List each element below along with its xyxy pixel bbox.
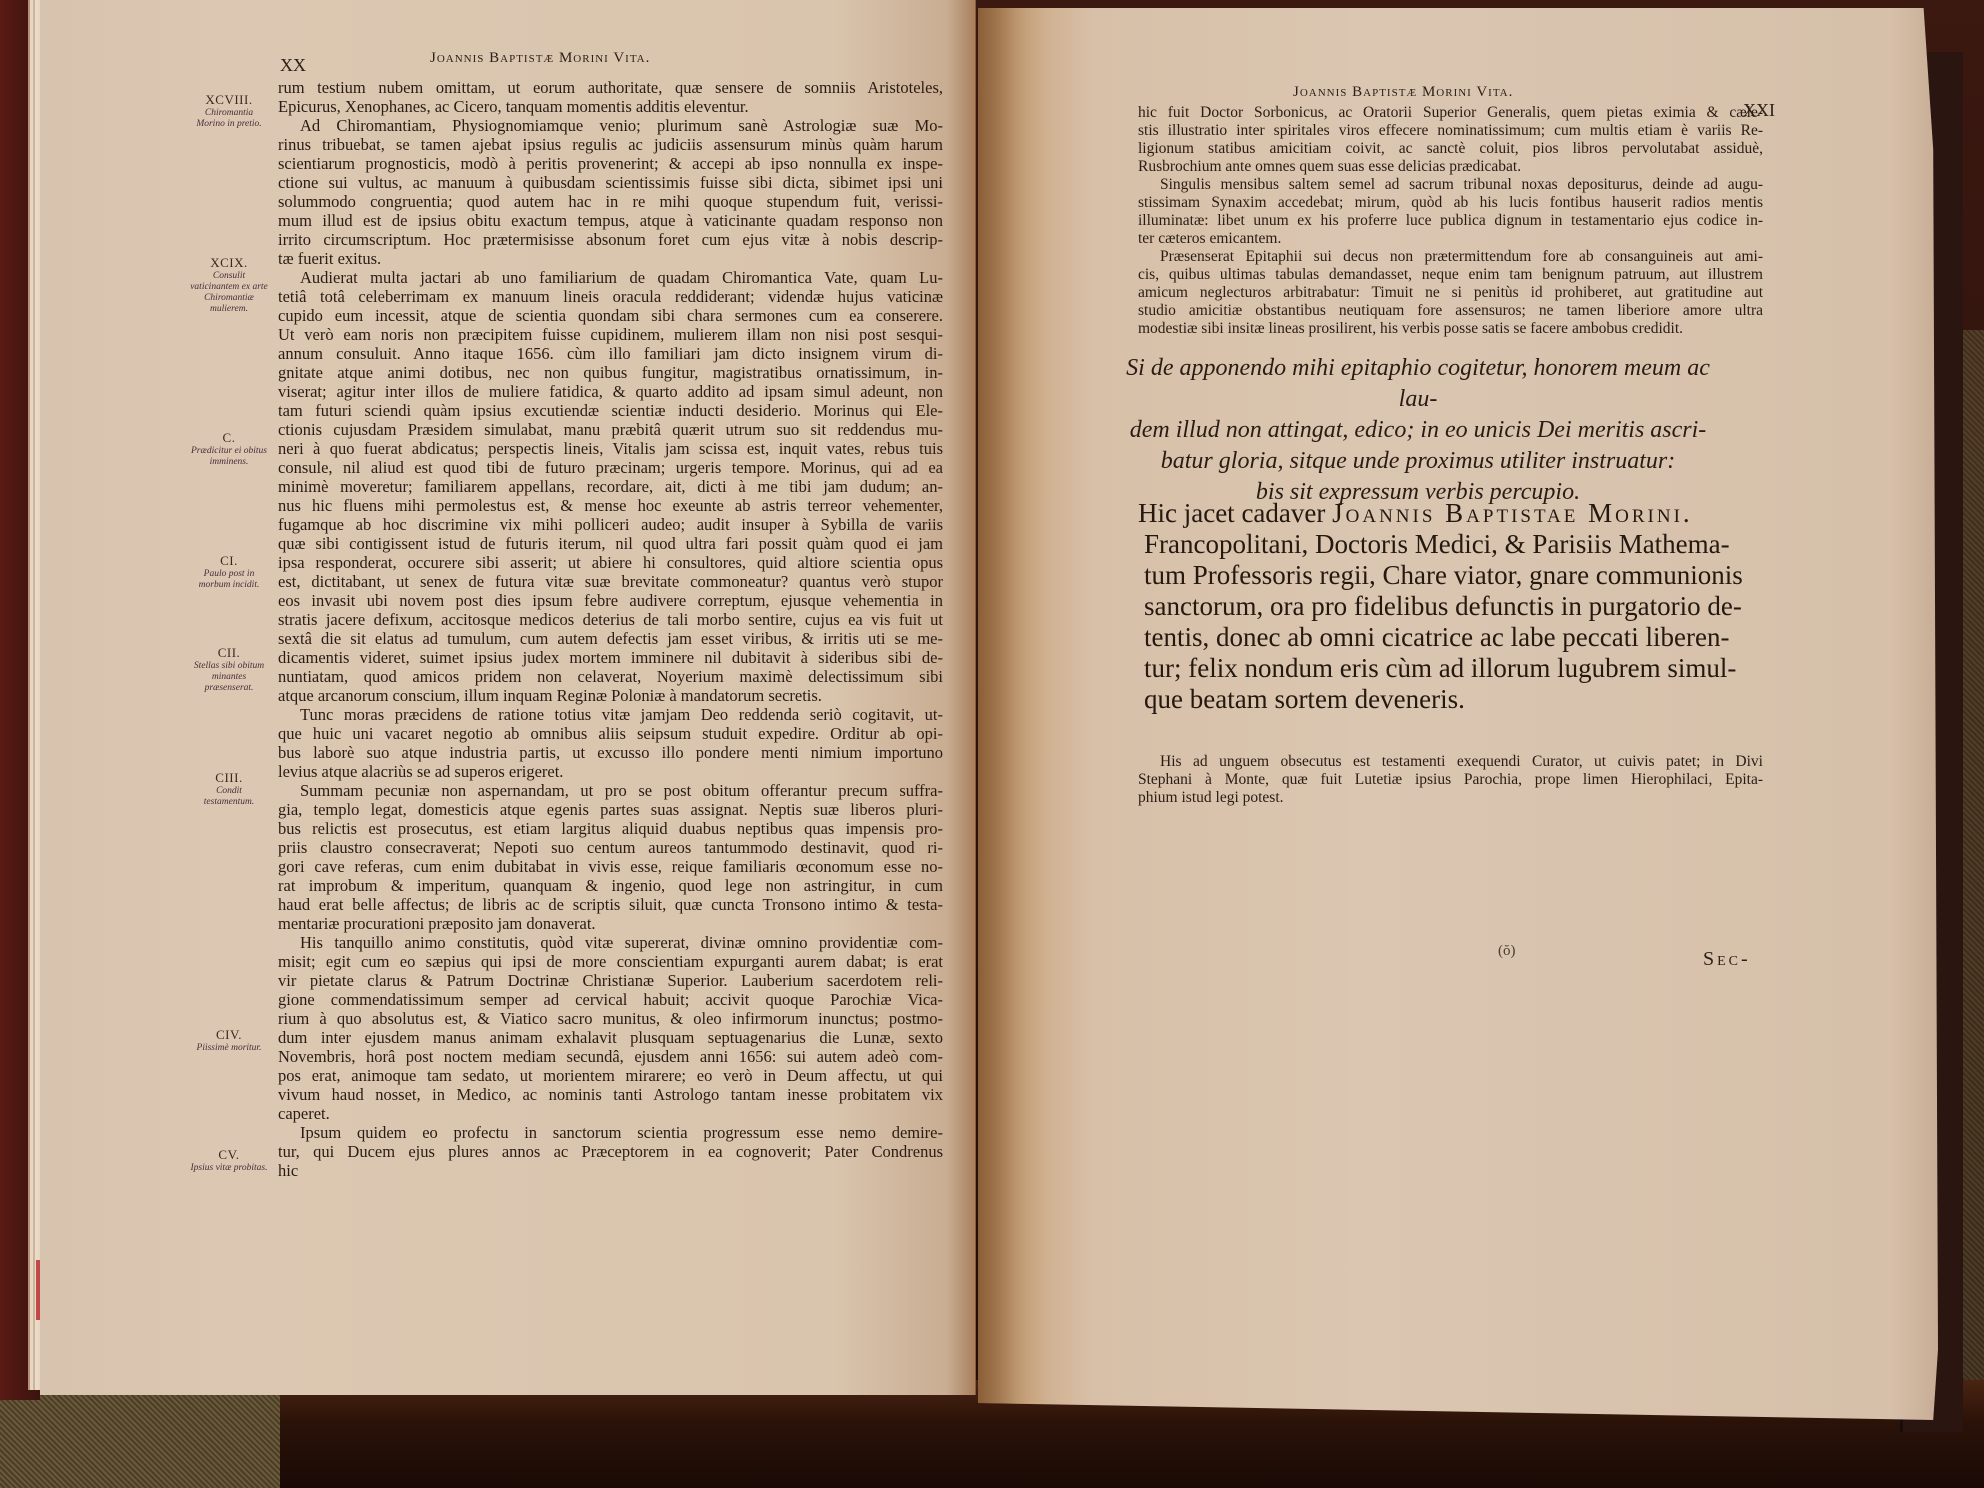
epitaph-italic-line: dem illud non attingat, edico; in eo uni… (1108, 415, 1728, 446)
text-line: stis illustratio inter spiritales viros … (1138, 122, 1763, 140)
text-line: tur, qui Ducem ejus plures annos ac Præc… (278, 1142, 943, 1161)
text-line: Stephani à Monte, quæ fuit Lutetiæ ipsiu… (1138, 771, 1763, 789)
margin-note: CIV.Piissimè moritur. (190, 1027, 268, 1054)
epitaph-line: tur; felix nondum eris cùm ad illorum lu… (1144, 653, 1768, 684)
text-line: sextâ die sit elatus ad tumulum, cum aut… (278, 629, 943, 648)
epitaph-line: Francopolitani, Doctoris Medici, & Paris… (1144, 529, 1768, 560)
text-line: vivum haud nosset, in Medico, ac nominis… (278, 1085, 943, 1104)
epitaph-name: Joannis Baptistae Morini. (1332, 498, 1693, 528)
text-line: dum inter ejusdem manus animam exhalavit… (278, 1028, 943, 1047)
margin-note-number: CV. (190, 1147, 268, 1163)
text-line: levius atque alacriùs se ad superos erig… (278, 762, 943, 781)
text-line: annum consuluit. Anno itaque 1656. cùm i… (278, 344, 943, 363)
text-line: minimè moveretur; familiarem appellans, … (278, 477, 943, 496)
text-line: rum testium nubem omittam, ut eorum auth… (278, 78, 943, 97)
text-line: illuminatæ: libet unum ex his proferre l… (1138, 212, 1763, 230)
text-line: tetiâ totâ celeberrimam ex manuum lineis… (278, 287, 943, 306)
text-line: Ipsum quidem eo profectu in sanctorum sc… (278, 1123, 943, 1142)
text-line: eos invasit ubi novem post dies ipsum fe… (278, 591, 943, 610)
epitaph-lines: Francopolitani, Doctoris Medici, & Paris… (1138, 529, 1768, 715)
epitaph-line: que beatam sortem deveneris. (1144, 684, 1768, 715)
margin-note-number: XCIX. (190, 255, 268, 271)
text-line: nuntiatam, quod amicos pridem non celave… (278, 667, 943, 686)
epitaph-italic-line: Si de apponendo mihi epitaphio cogitetur… (1108, 353, 1728, 415)
text-line: ipsa responderat, occurere sibi asserit;… (278, 553, 943, 572)
margin-note: XCVIII.Chiromantia Morino in pretio. (190, 92, 268, 130)
text-line: scientiarum prognosticis, modò à peritis… (278, 154, 943, 173)
text-line: Audierat multa jactari ab uno familiariu… (278, 268, 943, 287)
epitaph-inscription: Hic jacet cadaver Joannis Baptistae Mori… (1138, 498, 1768, 715)
text-line: Ut verò eam noris non præcipitem fuisse … (278, 325, 943, 344)
text-line: que huic uni vacaret negotio ab omnibus … (278, 724, 943, 743)
margin-note-text: Chiromantia Morino in pretio. (190, 108, 268, 130)
text-line: tam futuri sciendi quàm ipsius excutiend… (278, 401, 943, 420)
epitaph-italic: Si de apponendo mihi epitaphio cogitetur… (1108, 353, 1728, 508)
margin-note: XCIX.Consulit vaticinantem ex arte Chiro… (190, 255, 268, 315)
margin-note: CV.Ipsius vitæ probitas. (190, 1147, 268, 1174)
text-line: nus hic fluens mihi permolestus est, & m… (278, 496, 943, 515)
text-line: cis, quibus ultimas tabulas demandasset,… (1138, 266, 1763, 284)
text-line: quæ sibi contigissent istud de futuris i… (278, 534, 943, 553)
margin-note-number: XCVIII. (190, 92, 268, 108)
text-line: hic fuit Doctor Sorbonicus, ac Oratorii … (1138, 104, 1763, 122)
text-line: gia, templo legat, domesticis atque egen… (278, 800, 943, 819)
text-line: viserat; agitur inter illos de muliere f… (278, 382, 943, 401)
text-line: stratis jacere defixum, accitosque medic… (278, 610, 943, 629)
margin-note-text: Condit testamentum. (190, 786, 268, 808)
margin-note: C.Prædicitur ei obitus imminens. (190, 430, 268, 468)
epitaph-line: tentis, donec ab omni cicatrice ac labe … (1144, 622, 1768, 653)
text-line: Summam pecuniæ non aspernandam, ut pro s… (278, 781, 943, 800)
epitaph-prefix: Hic jacet cadaver (1138, 498, 1332, 528)
text-line: modestiæ sibi insitæ lineas prosilirent,… (1138, 320, 1763, 338)
text-line: hic (278, 1161, 943, 1180)
left-body-text: rum testium nubem omittam, ut eorum auth… (278, 78, 943, 1180)
right-page: Joannis Baptistæ Morini Vita. XXI hic fu… (978, 8, 1938, 1420)
text-line: gori cave referas, cum enim dubitabat in… (278, 857, 943, 876)
right-body-text: hic fuit Doctor Sorbonicus, ac Oratorii … (1138, 104, 1763, 338)
text-line: caperet. (278, 1104, 943, 1123)
text-line: dicamentis videret, suimet ipsius judex … (278, 648, 943, 667)
text-line: gnitate atque animi dotibus, nec non qui… (278, 363, 943, 382)
running-head: Joannis Baptistæ Morini Vita. (1293, 84, 1513, 101)
text-line: consule, nil aliud est quod tibi de futu… (278, 458, 943, 477)
text-line: tæ fuerit exitus. (278, 249, 943, 268)
margin-note-text: Paulo post in morbum incidit. (190, 569, 268, 591)
text-line: rinus tribuebat, se tamen ajebat ipsius … (278, 135, 943, 154)
left-page: XX Joannis Baptistæ Morini Vita. rum tes… (40, 0, 976, 1395)
text-line: ligionum statibus amicitiam coivit, ac s… (1138, 140, 1763, 158)
text-line: priis claustro consecraverat; Nepoti suo… (278, 838, 943, 857)
text-line: stissimam Synaxim accedebat; mirum, quòd… (1138, 194, 1763, 212)
margin-note-number: CI. (190, 553, 268, 569)
text-line: misit; egit cum eo sæpius qui ipsi de mo… (278, 952, 943, 971)
text-line: atque arcanorum conscium, illum inquam R… (278, 686, 943, 705)
text-line: irrito circumscriptum. Hoc prætermisisse… (278, 230, 943, 249)
water-stain (978, 8, 1048, 1420)
text-line: ctione sui vultus, ac manuum à quibusdam… (278, 173, 943, 192)
text-line: His ad unguem obsecutus est testamenti e… (1138, 753, 1763, 771)
margin-note-number: CII. (190, 645, 268, 661)
text-line: ter cæteros emicantem. (1138, 230, 1763, 248)
text-line: gione commendatissimum semper ad cervica… (278, 990, 943, 1009)
text-line: bus relictis est prosecutus, est etiam l… (278, 819, 943, 838)
margin-note: CIII.Condit testamentum. (190, 770, 268, 808)
signature-mark: (ŏ) (1498, 943, 1516, 960)
epitaph-italic-line: batur gloria, sitque unde proximus utili… (1108, 446, 1728, 477)
margin-note: CI.Paulo post in morbum incidit. (190, 553, 268, 591)
closing-paragraph: His ad unguem obsecutus est testamenti e… (1138, 753, 1763, 807)
catchword: Sec- (1703, 948, 1751, 971)
text-line: mum illud est de ipsius obitu exactum te… (278, 211, 943, 230)
margin-note-text: Ipsius vitæ probitas. (190, 1163, 268, 1174)
text-line: est, dictitabant, ut senex de futura vit… (278, 572, 943, 591)
text-line: vir pietate clarus & Patrum Doctrinæ Chr… (278, 971, 943, 990)
folio-number: XX (280, 55, 306, 76)
running-head: Joannis Baptistæ Morini Vita. (430, 50, 650, 67)
margin-note-text: Consulit vaticinantem ex arte Chiromanti… (190, 271, 268, 315)
epitaph-line: tum Professoris regii, Chare viator, gna… (1144, 560, 1768, 591)
text-line: Tunc moras præcidens de ratione totius v… (278, 705, 943, 724)
text-line: cupido eum incessit, atque de scientia q… (278, 306, 943, 325)
text-line: fugamque ab hoc discrimine vix mihi poll… (278, 515, 943, 534)
margin-note-text: Prædicitur ei obitus imminens. (190, 446, 268, 468)
epitaph-line: sanctorum, ora pro fidelibus defunctis i… (1144, 591, 1768, 622)
text-line: Epicurus, Xenophanes, ac Cicero, tanquam… (278, 97, 943, 116)
text-line: neri à quo fuerat abdicatus; perspectis … (278, 439, 943, 458)
margin-note-number: CIV. (190, 1027, 268, 1043)
text-line: Singulis mensibus saltem semel ad sacrum… (1138, 176, 1763, 194)
text-line: Rusbrochium ante omnes quem suas esse de… (1138, 158, 1763, 176)
text-line: studio amicitiæ obstantibus neutiquam fo… (1138, 302, 1763, 320)
margin-note-text: Stellas sibi obitum minantes præsenserat… (190, 661, 268, 694)
text-line: solummodo congruentia; quod autem hac in… (278, 192, 943, 211)
epitaph-first-line: Hic jacet cadaver Joannis Baptistae Mori… (1138, 498, 1768, 529)
text-line: Præsenserat Epitaphii sui decus non præt… (1138, 248, 1763, 266)
text-line: pos erat, animoque tam sedato, ut morien… (278, 1066, 943, 1085)
margin-note-number: CIII. (190, 770, 268, 786)
margin-note: CII.Stellas sibi obitum minantes præsens… (190, 645, 268, 694)
text-line: Novembris, horâ post noctem mediam secun… (278, 1047, 943, 1066)
margin-note-number: C. (190, 430, 268, 446)
text-line: bus laborè suo atque industria partis, u… (278, 743, 943, 762)
text-line: rat improbum & imperitum, quanquam & ing… (278, 876, 943, 895)
text-line: mentariæ procurationi præposito jam dona… (278, 914, 943, 933)
text-line: Ad Chiromantiam, Physiognomiamque venio;… (278, 116, 943, 135)
text-line: amicum neglecturos arbitrabatur: Timuit … (1138, 284, 1763, 302)
margin-note-text: Piissimè moritur. (190, 1043, 268, 1054)
text-line: ctionis cujusdam Præsidem simulabat, man… (278, 420, 943, 439)
text-line: phium istud legi potest. (1138, 789, 1763, 807)
text-line: haud erat belle affectus; de libris ac d… (278, 895, 943, 914)
text-line: rium à quo absolutus est, & Viatico sacr… (278, 1009, 943, 1028)
text-line: His tanquillo animo constitutis, quòd vi… (278, 933, 943, 952)
